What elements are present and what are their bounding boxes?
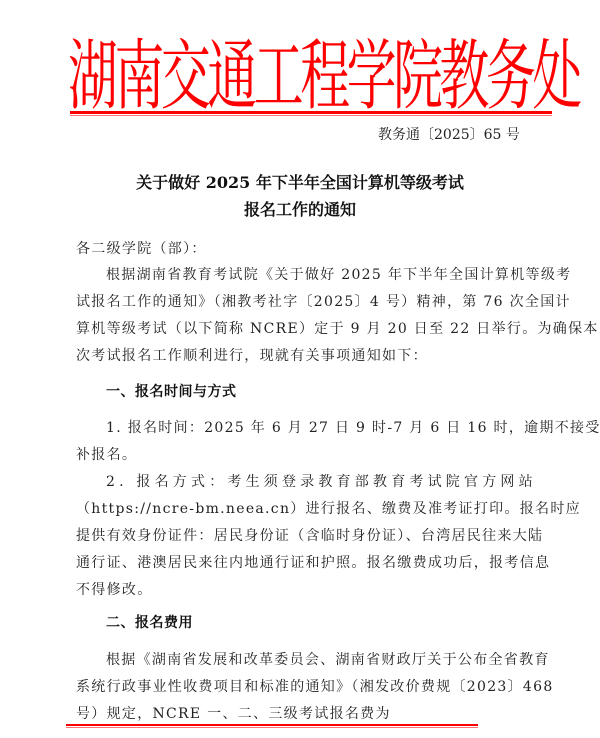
footer-rule-thick	[66, 724, 478, 726]
intro-line-3: 算机等级考试（以下简称 NCRE）定于 9 月 20 日至 22 日举行。为确保…	[76, 320, 524, 338]
section-heading-1: 一、报名时间与方式	[106, 383, 554, 401]
masthead-rule-thin	[70, 115, 552, 116]
item-2-line-5: 不得修改。	[76, 581, 524, 599]
document-title-line-1: 关于做好 2025 年下半年全国计算机等级考试	[0, 173, 600, 193]
document-number: 教务通〔2025〕65 号	[378, 126, 520, 144]
intro-line-1: 根据湖南省教育考试院《关于做好 2025 年下半年全国计算机等级考	[106, 266, 524, 284]
salutation: 各二级学院（部）：	[76, 240, 524, 258]
intro-line-4: 次考试报名工作顺利进行，现就有关事项通知如下：	[76, 347, 524, 365]
fee-line-1: 根据《湖南省发展和改革委员会、湖南省财政厅关于公布全省教育	[106, 651, 524, 669]
footer-rule-thin	[66, 727, 478, 728]
fee-line-3: 号）规定，NCRE 一、二、三级考试报名费为	[76, 705, 524, 723]
document-title-line-2: 报名工作的通知	[0, 200, 600, 220]
section-heading-2: 二、报名费用	[106, 614, 554, 632]
item-1-line-2: 补报名。	[76, 446, 524, 464]
intro-line-2: 试报名工作的通知》（湘教考社字〔2025〕4 号）精神，第 76 次全国计	[76, 293, 524, 311]
item-2-line-3: 提供有效身份证件：居民身份证（含临时身份证）、台湾居民往来大陆	[76, 527, 524, 545]
masthead-rule-thick	[70, 111, 552, 114]
notice-document: 湖南交通工程学院教务处 教务通〔2025〕65 号 关于做好 2025 年下半年…	[0, 0, 600, 738]
item-2-line-2: （https://ncre-bm.neea.cn）进行报名、缴费及准考证打印。报…	[76, 500, 524, 518]
item-2-line-1: 2. 报名方式：考生须登录教育部教育考试院官方网站	[106, 473, 524, 491]
item-1-line-1: 1. 报名时间：2025 年 6 月 27 日 9 时-7 月 6 日 16 时…	[106, 419, 524, 437]
fee-line-2: 系统行政事业性收费项目和标准的通知》（湘发改价费规〔2023〕468	[76, 678, 524, 696]
item-2-line-4: 通行证、港澳居民来往内地通行证和护照。报名缴费成功后，报考信息	[76, 554, 524, 572]
